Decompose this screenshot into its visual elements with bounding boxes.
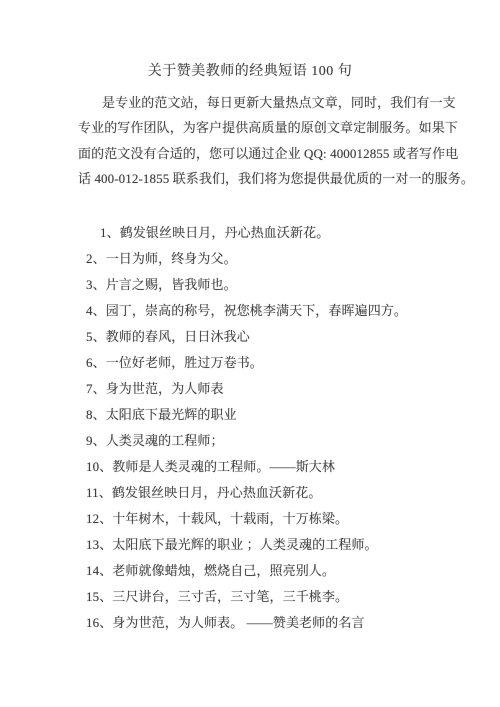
list-item: 16、身为世范，为人师表。 ——赞美老师的名言 xyxy=(0,610,500,636)
list-item: 2、一日为师，终身为父。 xyxy=(0,246,500,272)
intro-line: 专业的写作团队，为客户提供高质量的原创文章定制服务。如果下 xyxy=(78,115,460,140)
intro-line: 话 400-012-1855 联系我们，我们将为您提供最优质的一对一的服务。 xyxy=(78,166,460,191)
list-item: 5、教师的春风，日日沐我心 xyxy=(0,324,500,350)
intro-line: 面的范文没有合适的，您可以通过企业 QQ: 400012855 或者写作电 xyxy=(78,141,460,166)
document-page: 关于赞美教师的经典短语 100 句 是专业的范文站，每日更新大量热点文章，同时，… xyxy=(0,0,500,707)
intro-paragraph: 是专业的范文站，每日更新大量热点文章，同时，我们有一支 专业的写作团队，为客户提… xyxy=(78,90,460,192)
list-item: 15、三尺讲台，三寸舌，三寸笔，三千桃李。 xyxy=(0,584,500,610)
list-item: 4、园丁，崇高的称号，祝您桃李满天下，春晖遍四方。 xyxy=(0,298,500,324)
list-item: 1、鹤发银丝映日月，丹心热血沃新花。 xyxy=(0,220,500,246)
list-item: 10、教师是人类灵魂的工程师。——斯大林 xyxy=(0,454,500,480)
list-item: 12、十年树木，十载风，十载雨，十万栋梁。 xyxy=(0,506,500,532)
list-item: 7、身为世范，为人师表 xyxy=(0,376,500,402)
list-item: 6、一位好老师，胜过万卷书。 xyxy=(0,350,500,376)
list-item: 3、片言之赐，皆我师也。 xyxy=(0,272,500,298)
list-item: 11、鹤发银丝映日月，丹心热血沃新花。 xyxy=(0,480,500,506)
phrase-list: 1、鹤发银丝映日月，丹心热血沃新花。 2、一日为师，终身为父。 3、片言之赐，皆… xyxy=(0,220,500,636)
list-item: 14、老师就像蜡烛，燃烧自己，照亮别人。 xyxy=(0,558,500,584)
list-item: 13、太阳底下最光辉的职业 ；人类灵魂的工程师。 xyxy=(0,532,500,558)
intro-line: 是专业的范文站，每日更新大量热点文章，同时，我们有一支 xyxy=(78,90,460,115)
document-title: 关于赞美教师的经典短语 100 句 xyxy=(0,0,500,85)
list-item: 9、人类灵魂的工程师； xyxy=(0,428,500,454)
list-item: 8、太阳底下最光辉的职业 xyxy=(0,402,500,428)
